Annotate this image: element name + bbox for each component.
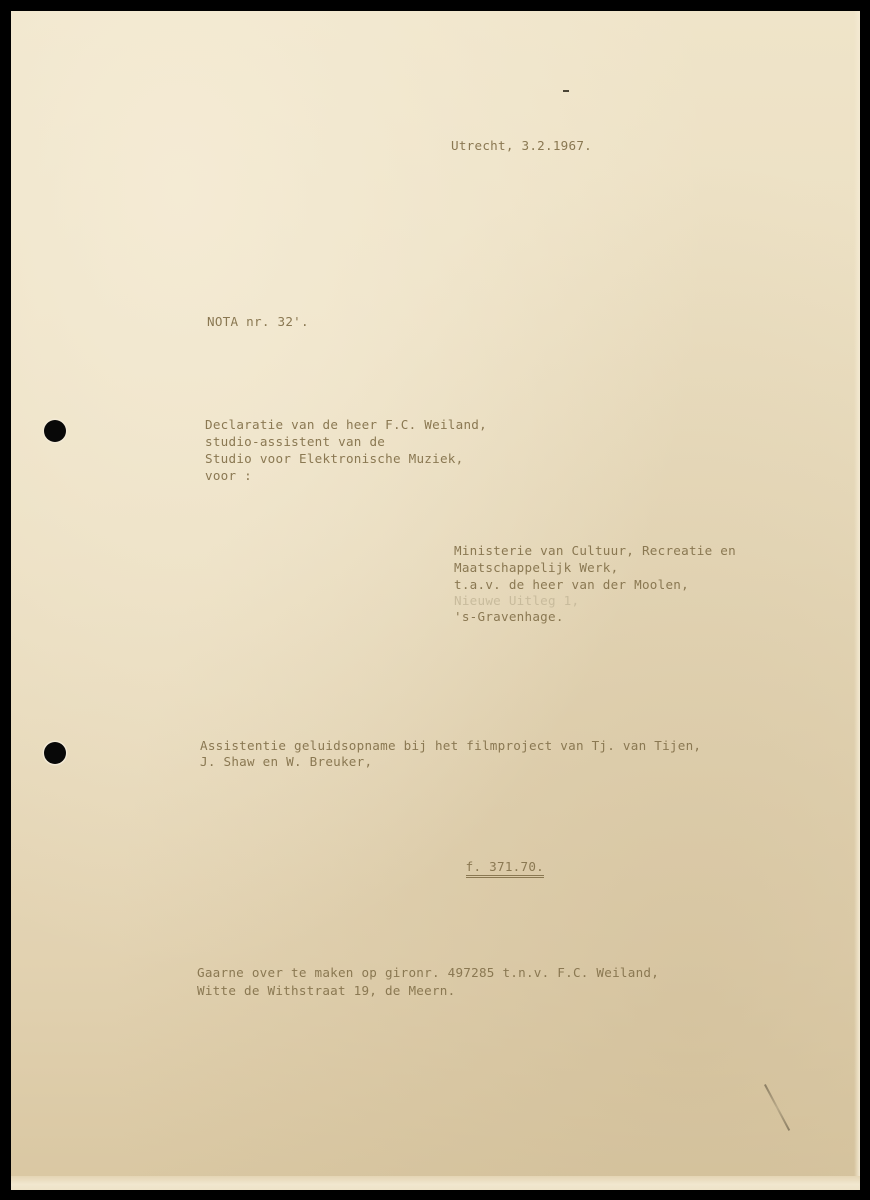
addressee-line: t.a.v. de heer van der Moolen,: [454, 576, 689, 593]
description-line: Assistentie geluidsopname bij het filmpr…: [200, 737, 701, 754]
addressee-line: 's-Gravenhage.: [454, 608, 564, 625]
declaration-line: studio-assistent van de: [205, 433, 385, 450]
punch-hole-top: [44, 420, 66, 442]
punch-hole-bottom: [44, 742, 66, 764]
description-line: J. Shaw en W. Breuker,: [200, 753, 372, 770]
addressee-line: Maatschappelijk Werk,: [454, 559, 618, 576]
declaration-line: Studio voor Elektronische Muziek,: [205, 450, 463, 467]
addressee-line: Nieuwe Uitleg 1,: [454, 592, 579, 609]
page-edge: [854, 11, 860, 1190]
addressee-line: Ministerie van Cultuur, Recreatie en: [454, 542, 736, 559]
declaration-line: voor :: [205, 467, 252, 484]
payment-line: Witte de Withstraat 19, de Meern.: [197, 982, 455, 999]
declaration-line: Declaratie van de heer F.C. Weiland,: [205, 416, 487, 433]
ink-speck: [563, 90, 569, 92]
document-page: [11, 11, 860, 1190]
place-date: Utrecht, 3.2.1967.: [451, 137, 592, 154]
payment-line: Gaarne over te maken op gironr. 497285 t…: [197, 964, 659, 981]
amount: f. 371.70.: [466, 859, 544, 878]
nota-number: NOTA nr. 32'.: [207, 313, 309, 330]
